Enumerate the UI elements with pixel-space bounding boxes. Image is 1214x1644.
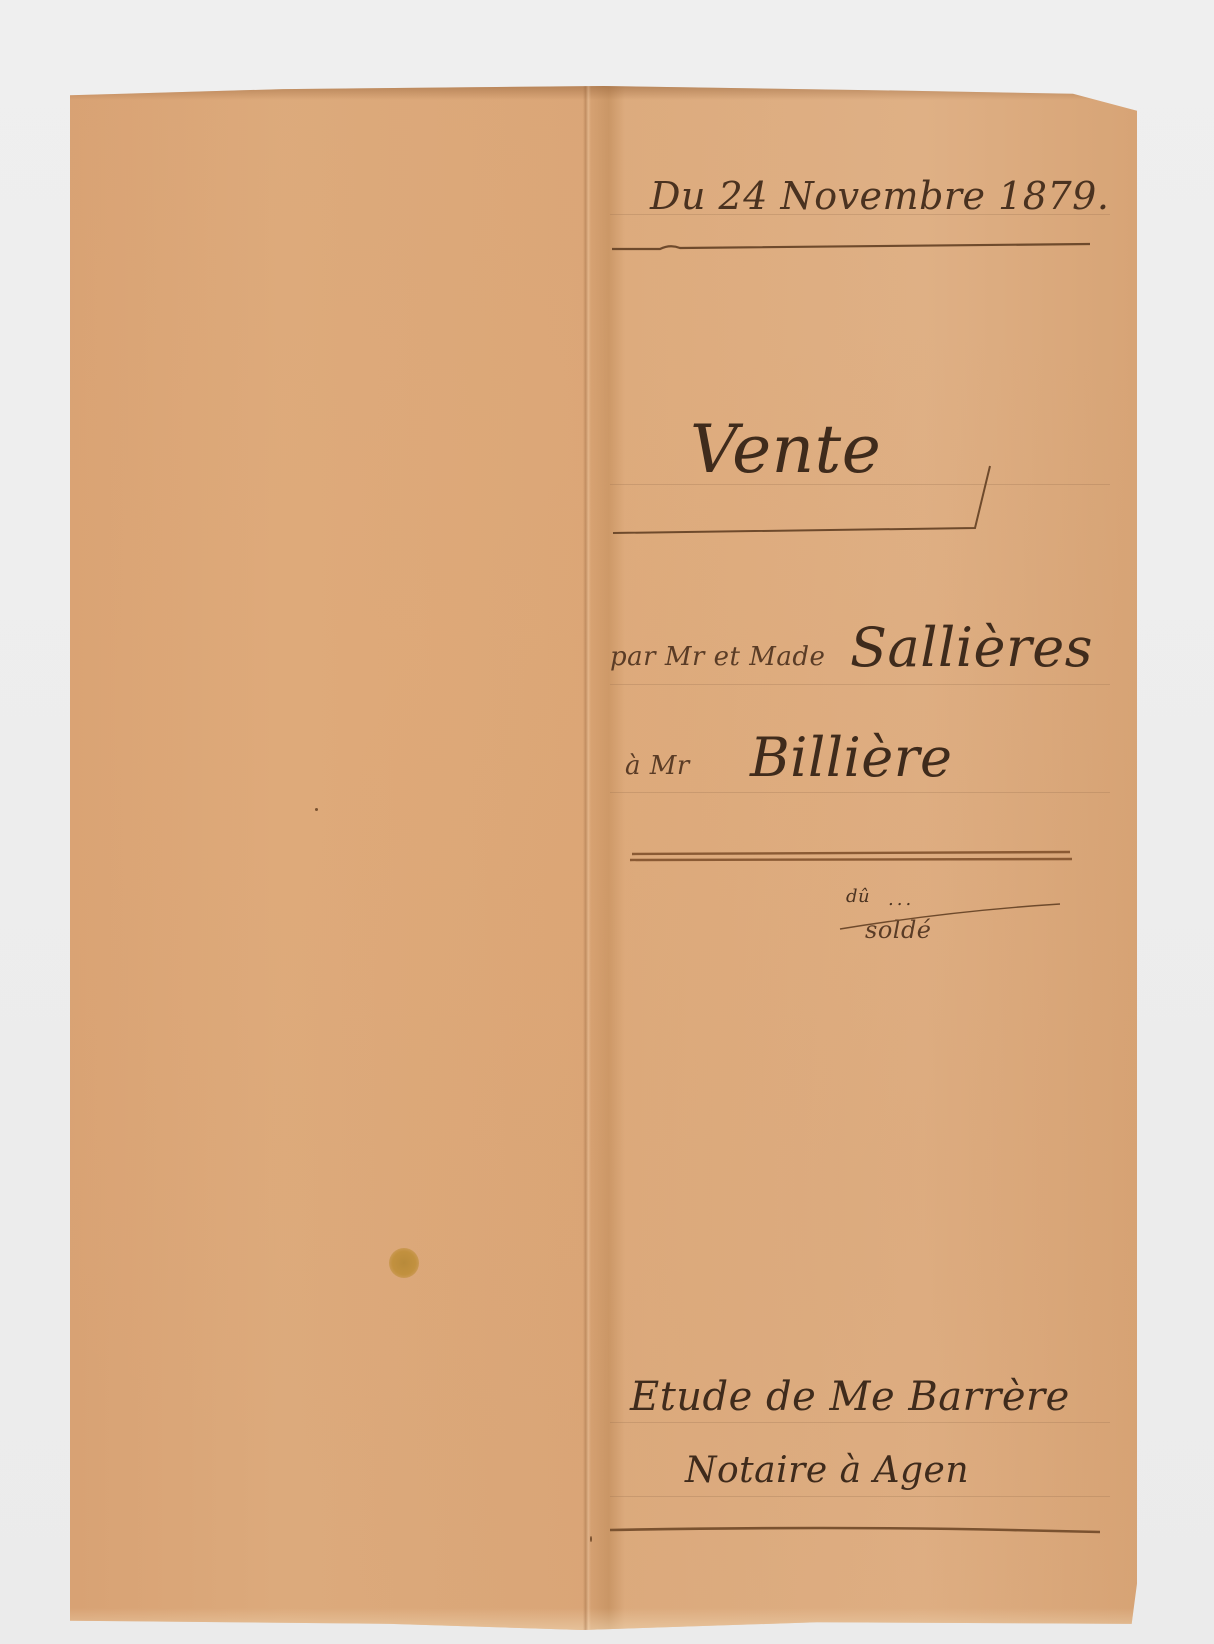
sellers-name: Sallières xyxy=(850,616,1093,679)
ink-speck xyxy=(590,1536,592,1542)
deed-date: Du 24 Novembre 1879. xyxy=(650,174,1109,218)
notary-location: Notaire à Agen xyxy=(685,1450,969,1491)
ruled-line xyxy=(610,684,1110,685)
ink-speck xyxy=(315,808,318,811)
document-sheet: Du 24 Novembre 1879. Vente par Mr et Mad… xyxy=(70,86,1137,1630)
buyer-prefix: à Mr xyxy=(625,751,690,781)
payment-label: dû xyxy=(846,886,870,907)
double-rule-bottom xyxy=(630,859,1072,860)
sellers-prefix: par Mr et Made xyxy=(610,642,825,672)
notary-office: Etude de Me Barrère xyxy=(630,1374,1070,1420)
ruled-line xyxy=(610,1496,1110,1497)
payment-dots: ... xyxy=(888,889,914,910)
notary-underline xyxy=(610,1528,1100,1532)
payment-status: soldé xyxy=(865,916,932,944)
worn-top-edge xyxy=(70,86,1137,100)
worn-bottom-edge xyxy=(70,1608,1137,1630)
center-fold xyxy=(583,86,591,1630)
deed-title: Vente xyxy=(690,411,881,488)
photo-background: Du 24 Novembre 1879. Vente par Mr et Mad… xyxy=(0,0,1214,1644)
ruled-line xyxy=(610,792,1110,793)
date-underline xyxy=(612,244,1090,249)
ruled-line xyxy=(610,1422,1110,1423)
double-rule-top xyxy=(632,852,1070,854)
buyer-name: Billière xyxy=(750,726,953,789)
foxing-stain xyxy=(389,1248,419,1278)
